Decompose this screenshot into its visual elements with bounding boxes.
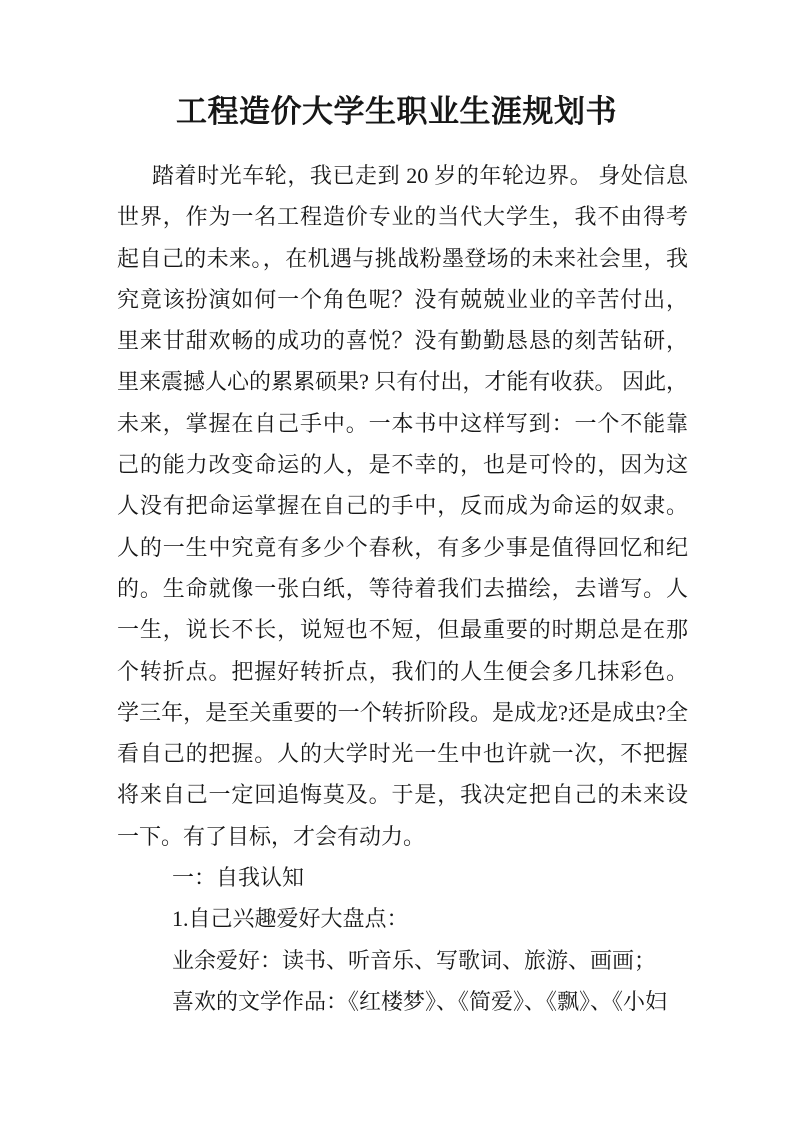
text-line: 一生，说长不长，说短也不短，但最重要的时期总是在那几 xyxy=(117,609,688,650)
text-line: 起自己的未来。，在机遇与挑战粉墨登场的未来社会里，我 xyxy=(117,238,688,279)
text-line: 人的一生中究竟有多少个春秋，有多少事是值得回忆和纪念 xyxy=(117,527,688,568)
text-line: 未来，掌握在自己手中。一本书中这样写到：一个不能靠自 xyxy=(117,403,688,444)
text-line: 踏着时光车轮，我已走到 20 岁的年轮边界。 身处信息 xyxy=(117,155,688,196)
text-line: 里来震撼人心的累累硕果? 只有付出，才能有收获。 因此， xyxy=(117,361,688,402)
text-line: 人没有把命运掌握在自己的手中，反而成为命运的奴隶。而 xyxy=(117,485,688,526)
text-line: 一下。有了目标，才会有动力。 xyxy=(117,816,688,857)
section-heading-line: 一：自我认知 xyxy=(117,857,688,898)
document-body: 踏着时光车轮，我已走到 20 岁的年轮边界。 身处信息 世界，作为一名工程造价专… xyxy=(117,155,688,1022)
text-line: 世界，作为一名工程造价专业的当代大学生，我不由得考虑 xyxy=(117,196,688,237)
text-line: 究竟该扮演如何一个角色呢？没有兢兢业业的辛苦付出，哪 xyxy=(117,279,688,320)
text-line: 个转折点。把握好转折点，我们的人生便会多几抹彩色。大 xyxy=(117,651,688,692)
document-page: 工程造价大学生职业生涯规划书 踏着时光车轮，我已走到 20 岁的年轮边界。 身处… xyxy=(0,0,793,1122)
list-item-line: 1.自己兴趣爱好大盘点： xyxy=(117,898,688,939)
text-line: 里来甘甜欢畅的成功的喜悦？没有勤勤恳恳的刻苦钻研，哪 xyxy=(117,320,688,361)
text-line: 的。生命就像一张白纸，等待着我们去描绘，去谱写。人的 xyxy=(117,568,688,609)
text-line: 学三年，是至关重要的一个转折阶段。是成龙?还是成虫?全 xyxy=(117,692,688,733)
text-line: 将来自己一定回追悔莫及。于是，我决定把自己的未来设计 xyxy=(117,774,688,815)
document-title: 工程造价大学生职业生涯规划书 xyxy=(0,90,793,134)
text-line: 己的能力改变命运的人，是不幸的，也是可怜的，因为这些 xyxy=(117,444,688,485)
text-line: 看自己的把握。人的大学时光一生中也许就一次，不把握好， xyxy=(117,733,688,774)
list-item-line: 业余爱好：读书、听音乐、写歌词、旅游、画画； xyxy=(117,940,688,981)
list-item-line: 喜欢的文学作品：《红楼梦》、《简爱》、《飘》、《小妇人》； xyxy=(117,981,688,1022)
